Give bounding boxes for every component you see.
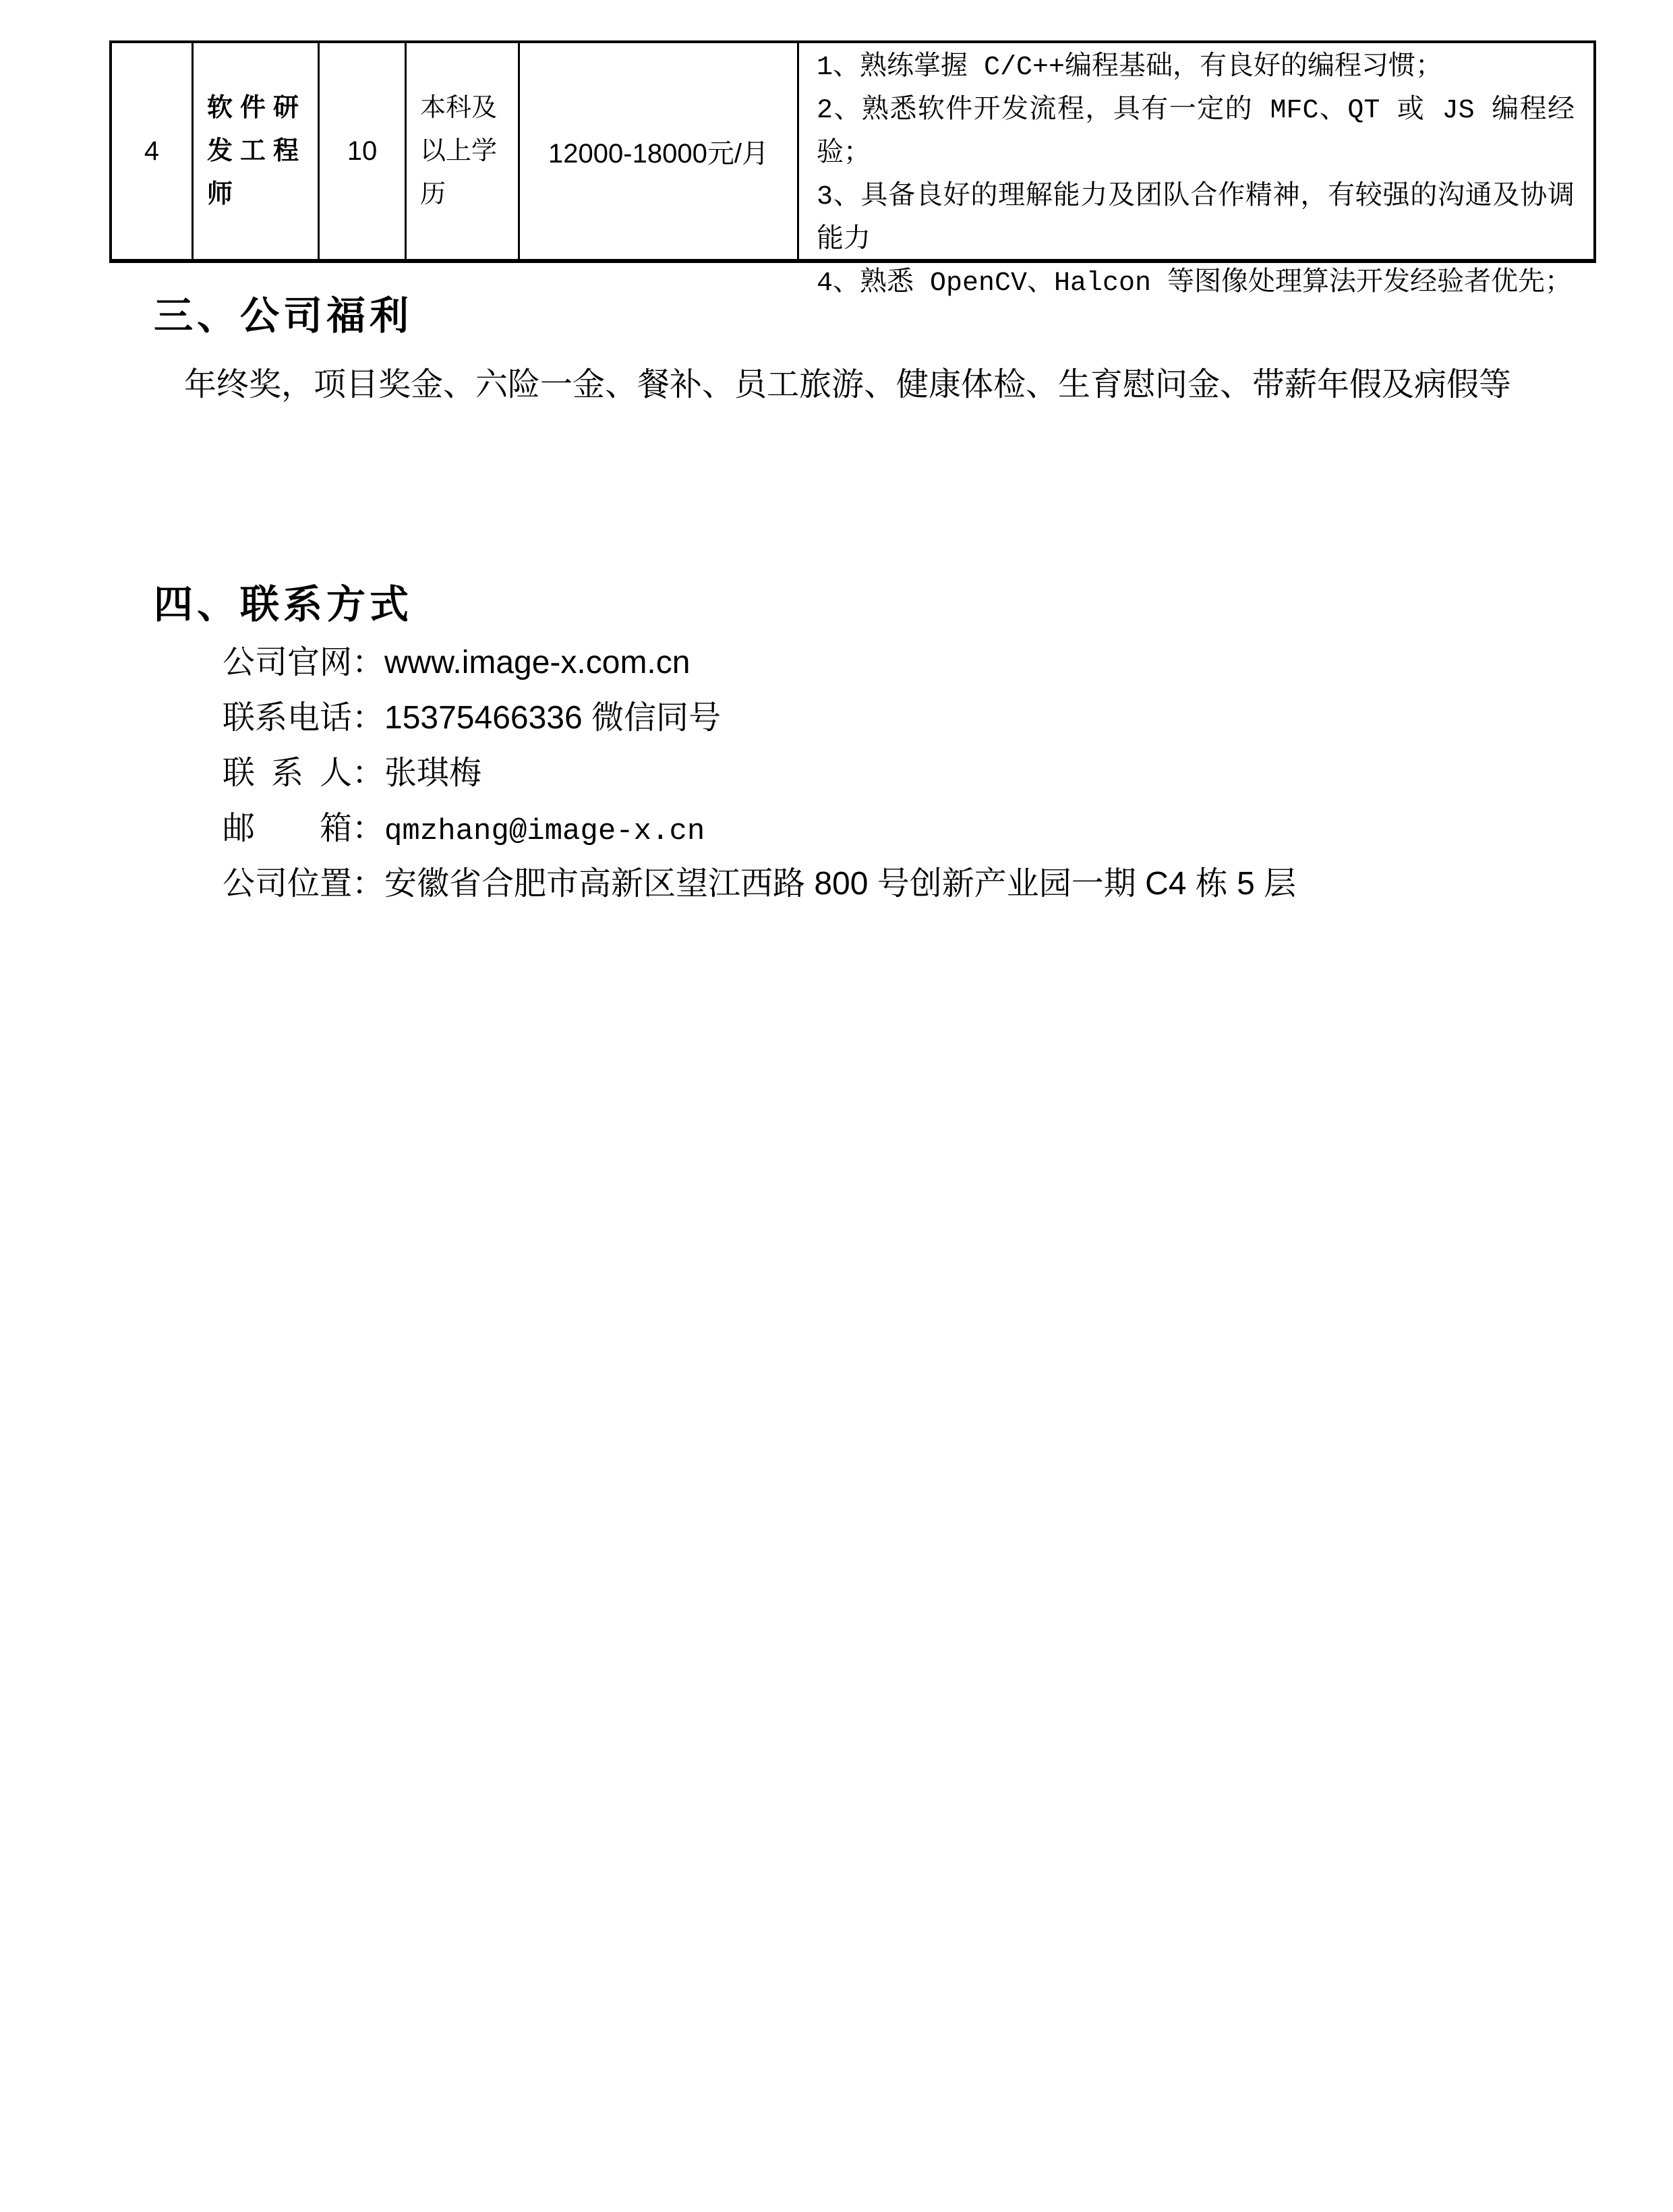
document-page: 4 软件研发工程师 10 本科及以上学历 12000-18000元/月 1、熟练…	[0, 0, 1673, 2212]
requirement-item: 1、熟练掌握 C/C++编程基础，有良好的编程习惯；	[817, 47, 1575, 90]
salary-range: 12000-18000元/月	[548, 132, 769, 171]
table-cell-requirements: 1、熟练掌握 C/C++编程基础，有良好的编程习惯； 2、熟悉软件开发流程，具有…	[797, 43, 1593, 259]
website-url: www.image-x.com.cn	[384, 645, 690, 680]
requirement-item: 4、熟悉 OpenCV、Halcon 等图像处理算法开发经验者优先；	[817, 262, 1575, 305]
position-title: 软件研发工程师	[194, 86, 318, 216]
contact-row-address: 公司位置：安徽省合肥市高新区望江西路 800 号创新产业园一期 C4 栋 5 层	[223, 856, 1296, 912]
contact-label: 公司位置：	[223, 866, 384, 902]
contact-label: 联系电话：	[223, 700, 384, 736]
contact-label: 公司官网：	[223, 645, 384, 680]
table-cell-headcount: 10	[318, 43, 405, 259]
headcount-value: 10	[347, 136, 378, 167]
section-heading-contact: 四、联系方式	[154, 573, 413, 629]
contact-person-name: 张琪梅	[384, 755, 481, 791]
email-address: qmzhang@image-x.cn	[384, 815, 705, 848]
contact-row-website: 公司官网：www.image-x.com.cn	[223, 635, 1296, 691]
contact-list: 公司官网：www.image-x.com.cn 联系电话：15375466336…	[223, 635, 1296, 912]
table-cell-position: 软件研发工程师	[192, 43, 318, 259]
table-cell-education: 本科及以上学历	[405, 43, 518, 259]
table-cell-salary: 12000-18000元/月	[518, 43, 797, 259]
contact-label: 联 系 人：	[223, 755, 384, 791]
row-number: 4	[144, 136, 159, 167]
company-address: 安徽省合肥市高新区望江西路 800 号创新产业园一期 C4 栋 5 层	[384, 866, 1296, 902]
contact-row-phone: 联系电话：15375466336 微信同号	[223, 691, 1296, 746]
education-requirement: 本科及以上学历	[407, 86, 518, 216]
contact-label: 邮 箱：	[223, 811, 384, 846]
welfare-text: 年终奖，项目奖金、六险一金、餐补、员工旅游、健康体检、生育慰问金、带薪年假及病假…	[184, 355, 1516, 415]
job-table: 4 软件研发工程师 10 本科及以上学历 12000-18000元/月 1、熟练…	[109, 40, 1596, 263]
phone-number: 15375466336 微信同号	[384, 700, 721, 736]
requirement-item: 2、熟悉软件开发流程，具有一定的 MFC、QT 或 JS 编程经验；	[817, 90, 1575, 176]
contact-row-email: 邮 箱：qmzhang@image-x.cn	[223, 801, 1296, 856]
contact-row-person: 联 系 人：张琪梅	[223, 746, 1296, 801]
requirement-item: 3、具备良好的理解能力及团队合作精神，有较强的沟通及协调能力	[817, 176, 1575, 262]
section-heading-welfare: 三、公司福利	[154, 284, 413, 341]
table-cell-row-number: 4	[112, 43, 192, 259]
